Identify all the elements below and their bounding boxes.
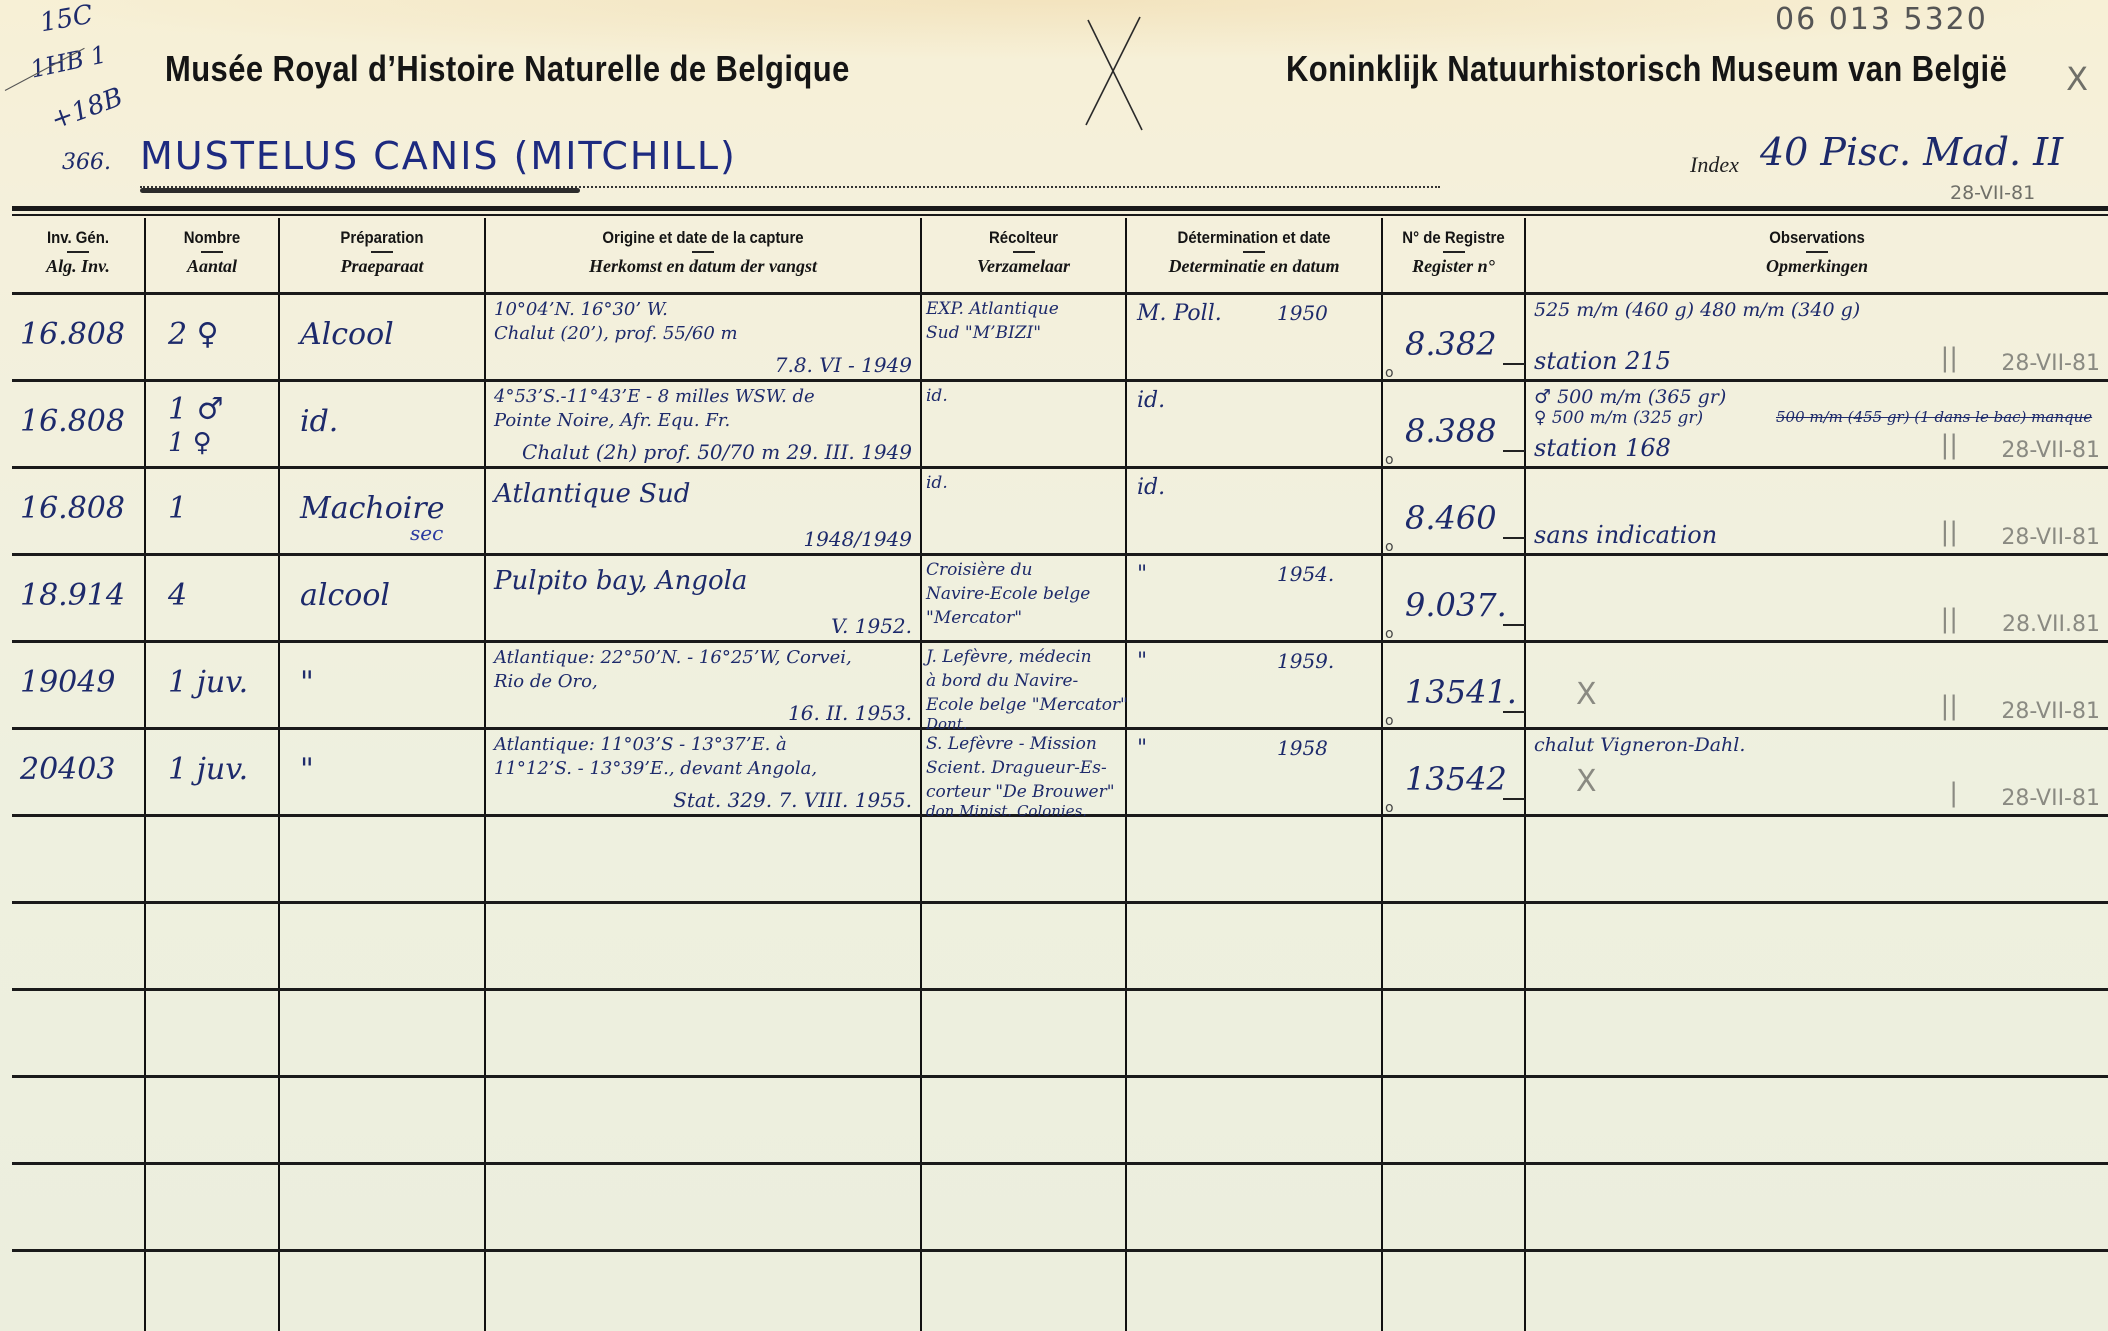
cell-count: 2 ♀ xyxy=(145,294,279,381)
dash-mark xyxy=(1503,624,1525,626)
collector-line: corteur "De Brouwer" xyxy=(926,782,1115,802)
empty-table-row xyxy=(12,990,2108,1077)
empty-cell xyxy=(12,990,145,1077)
register-number: 13541. xyxy=(1405,673,1517,711)
cell-count: 1 xyxy=(145,468,279,555)
cell-collector: id. xyxy=(921,468,1126,555)
column-header-fr: Origine et date de la capture xyxy=(512,218,894,248)
column-header: Détermination et dateDeterminatie en dat… xyxy=(1126,218,1382,294)
origin-line: Rio de Oro, xyxy=(494,671,598,692)
collector-line: Sud "M’BIZI" xyxy=(926,323,1041,343)
pencil-cross-mark: X xyxy=(1576,677,1597,712)
cell-determination: "1954. xyxy=(1126,555,1382,642)
circle-mark: o xyxy=(1385,800,1394,816)
determination-year: 1950 xyxy=(1277,301,1328,325)
empty-cell xyxy=(145,903,279,990)
column-header-fr: Inv. Gén. xyxy=(20,218,136,248)
table-row: 16.808 1 ♂1 ♀ id. 4°53’S.-11°43’E - 8 mi… xyxy=(12,381,2108,468)
dash-mark xyxy=(1503,711,1525,713)
column-header-nl: Alg. Inv. xyxy=(12,256,144,283)
origin-date: V. 1952. xyxy=(831,614,912,638)
pencil-check-date: 28-VII-81 xyxy=(2001,438,2100,463)
cell-inventory: 16.808 xyxy=(12,468,145,555)
empty-cell xyxy=(1126,1164,1382,1251)
origin-date: 7.8. VI - 1949 xyxy=(775,353,912,377)
empty-cell xyxy=(145,990,279,1077)
empty-cell xyxy=(279,903,485,990)
empty-cell xyxy=(485,1077,921,1164)
observation-line: 525 m/m (460 g) 480 m/m (340 g) xyxy=(1534,299,1860,321)
collector-line: J. Lefèvre, médecin xyxy=(926,647,1092,667)
empty-cell xyxy=(1382,1164,1525,1251)
margin-note-3: +18B xyxy=(47,82,127,135)
inventory-number: 19049 xyxy=(20,665,115,700)
empty-cell xyxy=(145,1251,279,1331)
origin-date: 1948/1949 xyxy=(803,527,912,551)
register-number: 9.037. xyxy=(1405,586,1507,624)
cell-observations: chalut Vigneron-Dahl.X|28-VII-81 xyxy=(1525,729,2108,816)
empty-cell xyxy=(145,1077,279,1164)
cross-mark-right: X xyxy=(2066,60,2088,98)
circle-mark: o xyxy=(1385,713,1394,729)
column-header-nl: Register n° xyxy=(1383,256,1524,283)
origin-line: Atlantique: 22°50’N. - 16°25’W, Corvei, xyxy=(494,647,852,668)
determination-year: 1959. xyxy=(1277,649,1334,673)
empty-cell xyxy=(485,1251,921,1331)
column-header-fr: Nombre xyxy=(154,218,270,248)
empty-table-row xyxy=(12,1077,2108,1164)
pencil-cross-mark: X xyxy=(1576,764,1597,799)
table-header-row: Inv. Gén.Alg. Inv.NombreAantalPréparatio… xyxy=(12,218,2108,294)
column-header-nl: Opmerkingen xyxy=(1526,256,2108,283)
cell-origin: 10°04’N. 16°30’ W. Chalut (20’), prof. 5… xyxy=(485,294,921,381)
empty-cell xyxy=(279,816,485,903)
empty-cell xyxy=(921,1077,1126,1164)
empty-cell xyxy=(921,816,1126,903)
title-french: Musée Royal d’Histoire Naturelle de Belg… xyxy=(165,48,850,90)
circle-mark: o xyxy=(1385,626,1394,642)
table-row: 20403 1 juv. " Atlantique: 11°03’S - 13°… xyxy=(12,729,2108,816)
cell-origin: Atlantique: 11°03’S - 13°37’E. à 11°12’S… xyxy=(485,729,921,816)
pencil-check-date: 28-VII-81 xyxy=(2001,786,2100,811)
pencil-tick-mark: || xyxy=(1940,517,1958,547)
observation-struck-text: 500 m/m (455 gr) (1 dans le bac) manque xyxy=(1776,408,2092,426)
header-dash xyxy=(1443,251,1465,253)
cell-collector: Croisière duNavire-Ecole belge"Mercator" xyxy=(921,555,1126,642)
collector-line: id. xyxy=(926,386,948,406)
determiner: " xyxy=(1137,736,1147,761)
count-line: 4 xyxy=(168,578,187,613)
empty-cell xyxy=(1382,1251,1525,1331)
count-line: 2 ♀ xyxy=(168,317,219,352)
empty-cell xyxy=(12,903,145,990)
determiner: id. xyxy=(1137,475,1165,500)
inventory-number: 20403 xyxy=(20,752,115,787)
empty-cell xyxy=(12,816,145,903)
determiner: M. Poll. xyxy=(1137,301,1222,326)
observation-line: chalut Vigneron-Dahl. xyxy=(1534,734,1745,756)
collector-line: EXP. Atlantique xyxy=(926,299,1059,319)
preparation-note: sec xyxy=(410,521,443,545)
cell-collector: J. Lefèvre, médecinà bord du Navire-Ecol… xyxy=(921,642,1126,729)
empty-table-row xyxy=(12,1251,2108,1331)
cell-preparation: alcool xyxy=(279,555,485,642)
empty-cell xyxy=(279,990,485,1077)
empty-cell xyxy=(921,1251,1126,1331)
cell-collector: S. Lefèvre - MissionScient. Dragueur-Es-… xyxy=(921,729,1126,816)
empty-cell xyxy=(1382,903,1525,990)
origin-date: 16. II. 1953. xyxy=(788,701,912,725)
column-header-nl: Verzamelaar xyxy=(922,256,1125,283)
margin-note-4: 366. xyxy=(62,150,111,175)
cell-inventory: 16.808 xyxy=(12,294,145,381)
dash-mark xyxy=(1503,798,1525,800)
pencil-tick-mark: || xyxy=(1940,430,1958,460)
cell-observations: sans indication||28-VII-81 xyxy=(1525,468,2108,555)
header-dash xyxy=(1806,251,1828,253)
empty-cell xyxy=(145,816,279,903)
cell-inventory: 19049 xyxy=(12,642,145,729)
column-header-nl: Aantal xyxy=(146,256,278,283)
header-dash xyxy=(692,251,714,253)
preparation: id. xyxy=(300,404,338,439)
determiner: id. xyxy=(1137,388,1165,413)
cell-count: 1 juv. xyxy=(145,642,279,729)
species-underline-mark xyxy=(140,188,580,193)
collector-line: Scient. Dragueur-Es- xyxy=(926,758,1107,778)
inventory-number: 16.808 xyxy=(20,491,125,526)
cell-collector: EXP. AtlantiqueSud "M’BIZI" xyxy=(921,294,1126,381)
table-row: 18.914 4 alcool Pulpito bay, Angola V. 1… xyxy=(12,555,2108,642)
empty-cell xyxy=(12,1077,145,1164)
origin-line: Atlantique Sud xyxy=(494,479,690,509)
count-line: 1 xyxy=(168,491,187,526)
pencil-check-date: 28-VII-81 xyxy=(2001,351,2100,376)
observation-line: ♂ 500 m/m (365 gr) xyxy=(1534,386,1726,408)
cell-preparation: id. xyxy=(279,381,485,468)
empty-cell xyxy=(12,1164,145,1251)
column-header: ObservationsOpmerkingen xyxy=(1525,218,2108,294)
pencil-date-top: 28-VII-81 xyxy=(1950,182,2035,204)
pencil-check-date: 28-VII-81 xyxy=(2001,525,2100,550)
header-dash xyxy=(67,251,89,253)
inventory-number: 16.808 xyxy=(20,317,125,352)
empty-cell xyxy=(279,1251,485,1331)
circle-mark: o xyxy=(1385,452,1394,468)
inventory-number: 16.808 xyxy=(20,404,125,439)
origin-line: Chalut (20’), prof. 55/60 m xyxy=(494,323,738,344)
column-header-fr: Préparation xyxy=(292,218,472,248)
cell-preparation: " xyxy=(279,642,485,729)
column-header-nl: Herkomst en datum der vangst xyxy=(486,256,920,283)
empty-cell xyxy=(1126,990,1382,1077)
collector-line: Croisière du xyxy=(926,560,1032,580)
observation-line: station 168 xyxy=(1534,434,1671,462)
origin-line: 4°53’S.-11°43’E - 8 milles WSW. de xyxy=(494,386,815,407)
cell-determination: id. xyxy=(1126,381,1382,468)
cell-observations: 525 m/m (460 g) 480 m/m (340 g)station 2… xyxy=(1525,294,2108,381)
pencil-tick-mark: | xyxy=(1949,778,1958,808)
cell-register: 8.388o xyxy=(1382,381,1525,468)
header-dash xyxy=(1243,251,1265,253)
count-line: 1 juv. xyxy=(168,752,248,787)
empty-table-row xyxy=(12,816,2108,903)
collector-line: S. Lefèvre - Mission xyxy=(926,734,1097,754)
empty-cell xyxy=(145,1164,279,1251)
table-row: 19049 1 juv. " Atlantique: 22°50’N. - 16… xyxy=(12,642,2108,729)
column-header-fr: Observations xyxy=(1561,218,2073,248)
origin-date: Stat. 329. 7. VIII. 1955. xyxy=(673,788,912,812)
origin-line: Pulpito bay, Angola xyxy=(494,566,747,596)
collector-line: Navire-Ecole belge xyxy=(926,584,1090,604)
pencil-check-date: 28.VII.81 xyxy=(2002,612,2100,637)
circle-mark: o xyxy=(1385,365,1394,381)
register-number: 8.382 xyxy=(1405,325,1497,363)
origin-line: Pointe Noire, Afr. Equ. Fr. xyxy=(494,410,730,431)
empty-cell xyxy=(1525,1164,2108,1251)
circle-mark: o xyxy=(1385,539,1394,555)
header-dash xyxy=(1013,251,1035,253)
preparation: Alcool xyxy=(300,317,394,352)
column-header-fr: Récolteur xyxy=(934,218,1113,248)
empty-cell xyxy=(1525,1251,2108,1331)
cell-count: 1 juv. xyxy=(145,729,279,816)
cell-register: 13541.o xyxy=(1382,642,1525,729)
empty-cell xyxy=(1382,990,1525,1077)
title-dutch: Koninklijk Natuurhistorisch Museum van B… xyxy=(1286,48,2007,90)
catalog-card: 15C 1HB 1 +18B 366. 06 013 5320 Musée Ro… xyxy=(0,0,2108,1331)
column-header-fr: N° de Registre xyxy=(1391,218,1515,248)
pencil-tick-mark: || xyxy=(1940,691,1958,721)
register-number: 13542 xyxy=(1405,760,1507,798)
empty-cell xyxy=(485,903,921,990)
origin-line: 11°12’S. - 13°39’E., devant Angola, xyxy=(494,758,817,779)
pencil-check-date: 28-VII-81 xyxy=(2001,699,2100,724)
pencil-tick-mark: || xyxy=(1940,343,1958,373)
origin-line: 10°04’N. 16°30’ W. xyxy=(494,299,668,320)
preparation: alcool xyxy=(300,578,390,613)
cell-origin: Pulpito bay, Angola V. 1952. xyxy=(485,555,921,642)
empty-cell xyxy=(1126,816,1382,903)
observation-line: sans indication xyxy=(1534,521,1717,549)
empty-cell xyxy=(921,990,1126,1077)
cell-observations: ♂ 500 m/m (365 gr)♀ 500 m/m (325 gr)stat… xyxy=(1525,381,2108,468)
collector-line: "Mercator" xyxy=(926,608,1022,628)
dash-mark xyxy=(1503,537,1525,539)
dash-mark xyxy=(1503,363,1525,365)
table-row: 16.808 1 Machoiresec Atlantique Sud 1948… xyxy=(12,468,2108,555)
cell-preparation: Machoiresec xyxy=(279,468,485,555)
cell-count: 1 ♂1 ♀ xyxy=(145,381,279,468)
pencil-tick-mark: || xyxy=(1940,604,1958,634)
collector-line: à bord du Navire- xyxy=(926,671,1078,691)
empty-table-row xyxy=(12,903,2108,990)
determiner: " xyxy=(1137,649,1147,674)
dash-mark xyxy=(1503,450,1525,452)
empty-cell xyxy=(485,816,921,903)
count-line: 1 juv. xyxy=(168,665,248,700)
cell-inventory: 20403 xyxy=(12,729,145,816)
empty-cell xyxy=(1525,816,2108,903)
cell-observations: ||28.VII.81 xyxy=(1525,555,2108,642)
origin-date: Chalut (2h) prof. 50/70 m 29. III. 1949 xyxy=(522,440,912,464)
cell-register: 8.382o xyxy=(1382,294,1525,381)
empty-cell xyxy=(1525,990,2108,1077)
observation-line: ♀ 500 m/m (325 gr) xyxy=(1534,408,1703,428)
determiner: " xyxy=(1137,562,1147,587)
cell-determination: "1959. xyxy=(1126,642,1382,729)
cell-preparation: Alcool xyxy=(279,294,485,381)
index-value: 40 Pisc. Mad. II xyxy=(1760,130,2063,174)
cell-register: 8.460o xyxy=(1382,468,1525,555)
determination-year: 1958 xyxy=(1277,736,1328,760)
empty-cell xyxy=(921,903,1126,990)
register-table: Inv. Gén.Alg. Inv.NombreAantalPréparatio… xyxy=(12,218,2108,1331)
count-line: 1 ♂ xyxy=(168,392,224,427)
column-header: N° de RegistreRegister n° xyxy=(1382,218,1525,294)
register-number: 8.388 xyxy=(1405,412,1497,450)
empty-cell xyxy=(485,1164,921,1251)
inventory-number: 18.914 xyxy=(20,578,125,613)
cell-preparation: " xyxy=(279,729,485,816)
header-rule-thin xyxy=(12,214,2108,216)
cell-determination: M. Poll.1950 xyxy=(1126,294,1382,381)
preparation: " xyxy=(300,752,314,787)
cell-register: 13542o xyxy=(1382,729,1525,816)
collector-line: Ecole belge "Mercator" xyxy=(926,695,1128,715)
collector-line: id. xyxy=(926,473,948,493)
column-header-nl: Praeparaat xyxy=(280,256,484,283)
cross-mark-icon xyxy=(1080,15,1150,135)
empty-cell xyxy=(1126,903,1382,990)
cell-collector: id. xyxy=(921,381,1126,468)
empty-cell xyxy=(279,1164,485,1251)
column-header-nl: Determinatie en datum xyxy=(1127,256,1381,283)
empty-cell xyxy=(921,1164,1126,1251)
empty-cell xyxy=(1382,816,1525,903)
column-header: Inv. Gén.Alg. Inv. xyxy=(12,218,145,294)
empty-cell xyxy=(1126,1077,1382,1164)
origin-line: Atlantique: 11°03’S - 13°37’E. à xyxy=(494,734,787,755)
column-header: NombreAantal xyxy=(145,218,279,294)
preparation: " xyxy=(300,665,314,700)
determination-year: 1954. xyxy=(1277,562,1334,586)
count-line: 1 ♀ xyxy=(168,428,212,458)
cell-observations: X||28-VII-81 xyxy=(1525,642,2108,729)
column-header-fr: Détermination et date xyxy=(1142,218,1366,248)
column-header: Origine et date de la captureHerkomst en… xyxy=(485,218,921,294)
column-header: PréparationPraeparaat xyxy=(279,218,485,294)
cell-origin: Atlantique: 22°50’N. - 16°25’W, Corvei, … xyxy=(485,642,921,729)
empty-cell xyxy=(12,1251,145,1331)
cell-origin: 4°53’S.-11°43’E - 8 milles WSW. de Point… xyxy=(485,381,921,468)
cell-determination: "1958 xyxy=(1126,729,1382,816)
cell-inventory: 18.914 xyxy=(12,555,145,642)
empty-cell xyxy=(279,1077,485,1164)
empty-cell xyxy=(1525,903,2108,990)
cell-inventory: 16.808 xyxy=(12,381,145,468)
cell-register: 9.037.o xyxy=(1382,555,1525,642)
table-row: 16.808 2 ♀ Alcool 10°04’N. 16°30’ W. Cha… xyxy=(12,294,2108,381)
empty-cell xyxy=(1382,1077,1525,1164)
species-name: MUSTELUS CANIS (MITCHILL) xyxy=(140,134,737,178)
empty-cell xyxy=(1525,1077,2108,1164)
empty-cell xyxy=(485,990,921,1077)
index-label: Index xyxy=(1690,152,1739,178)
empty-cell xyxy=(1126,1251,1382,1331)
header-rule-thick xyxy=(12,206,2108,211)
cell-determination: id. xyxy=(1126,468,1382,555)
stamp-number: 06 013 5320 xyxy=(1775,2,1988,37)
header-dash xyxy=(201,251,223,253)
column-header: RécolteurVerzamelaar xyxy=(921,218,1126,294)
header-dash xyxy=(371,251,393,253)
cell-count: 4 xyxy=(145,555,279,642)
register-number: 8.460 xyxy=(1405,499,1497,537)
empty-table-row xyxy=(12,1164,2108,1251)
observation-line: station 215 xyxy=(1534,347,1671,375)
cell-origin: Atlantique Sud 1948/1949 xyxy=(485,468,921,555)
